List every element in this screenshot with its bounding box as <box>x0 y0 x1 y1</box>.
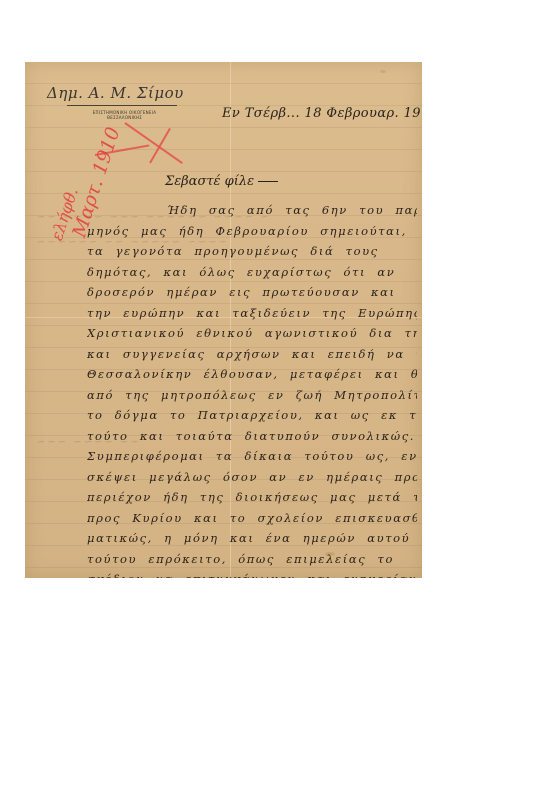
body-line: σκέψει μεγάλως όσον αν εν ημέραις προσεχ… <box>87 467 417 488</box>
salutation: Σεβαστέ φίλε <box>165 174 278 189</box>
body-line: την ευρώπην και ταξιδεύειν της Ευρώπης <box>87 303 417 324</box>
body-line: μηνός μας ήδη Φεβρουαρίου σημειούται, <box>87 221 417 242</box>
body-line: ματικώς, η μόνη και ένα ημερών αυτού <box>87 528 417 549</box>
body-line: Συμπεριφέρομαι τα δίκαια τούτου ως, εν <box>87 446 417 467</box>
body-line: Χριστιανικού εθνικού αγωνιστικού δια την <box>87 323 417 344</box>
body-line: και συγγενείας αρχήσων και επειδή να το <box>87 344 417 365</box>
body-line: τούτου επρόκειτο, όπως επιμελείας το <box>87 549 417 570</box>
body-line: τα γεγονότα προηγουμένως διά τους <box>87 241 417 262</box>
red-annotation-stroke <box>149 128 171 164</box>
letterhead-subtitle: ΕΠΙΣΤΗΜΟΝΙΚΗ ΟΙΚΟΓΕΝΕΙΑ ΘΕΣΣΑΛΟΝΙΚΗΣ <box>62 110 187 120</box>
body-line: δημότας, και όλως ευχαρίστως ότι αν <box>87 262 417 283</box>
letterhead-name: Δημ. Α. Μ. Σίμου <box>47 84 187 102</box>
dateline: Εν Τσέρβ... 18 Φεβρουαρ. 1910 <box>222 106 422 121</box>
salutation-text: Σεβαστέ φίλε <box>165 174 254 189</box>
body-line: τούτο και τοιαύτα διατυπούν συνολικώς. <box>87 426 417 447</box>
letter-page: ~ ~~~~ ~~~~~~ ~~~ ~~~~ ~~ ~~~~ ~~~~~ ~~ … <box>25 62 422 578</box>
letterhead-rule <box>67 105 177 106</box>
letter-body: Ήδη σας από τας 6ην του παρ. μηνός μας ή… <box>87 200 417 578</box>
body-line: προς Κυρίου και το σχολείον επισκευασθέν… <box>87 508 417 529</box>
body-line: Θεσσαλονίκην έλθουσαν, μεταφέρει και θέσ… <box>87 364 417 385</box>
body-line: δροσερόν ημέραν εις πρωτεύουσαν και <box>87 282 417 303</box>
body-line: περιέχον ήδη της διοικήσεως μας μετά του <box>87 487 417 508</box>
body-line: το δόγμα το Πατριαρχείου, και ως εκ τούτ… <box>87 405 417 426</box>
salutation-flourish <box>258 181 278 182</box>
letterhead: Δημ. Α. Μ. Σίμου ΕΠΙΣΤΗΜΟΝΙΚΗ ΟΙΚΟΓΕΝΕΙΑ… <box>47 84 187 120</box>
body-line: Ήδη σας από τας 6ην του παρ. <box>87 200 417 221</box>
body-line: σχέδιον να επιτυγχάνωμεν και ευημερίαν <box>87 569 417 578</box>
body-line: από της μητροπόλεως εν ζωή Μητροπολίτης <box>87 385 417 406</box>
letterhead-subtitle-line2: ΘΕΣΣΑΛΟΝΙΚΗΣ <box>62 115 187 120</box>
ink-stain <box>380 70 386 73</box>
